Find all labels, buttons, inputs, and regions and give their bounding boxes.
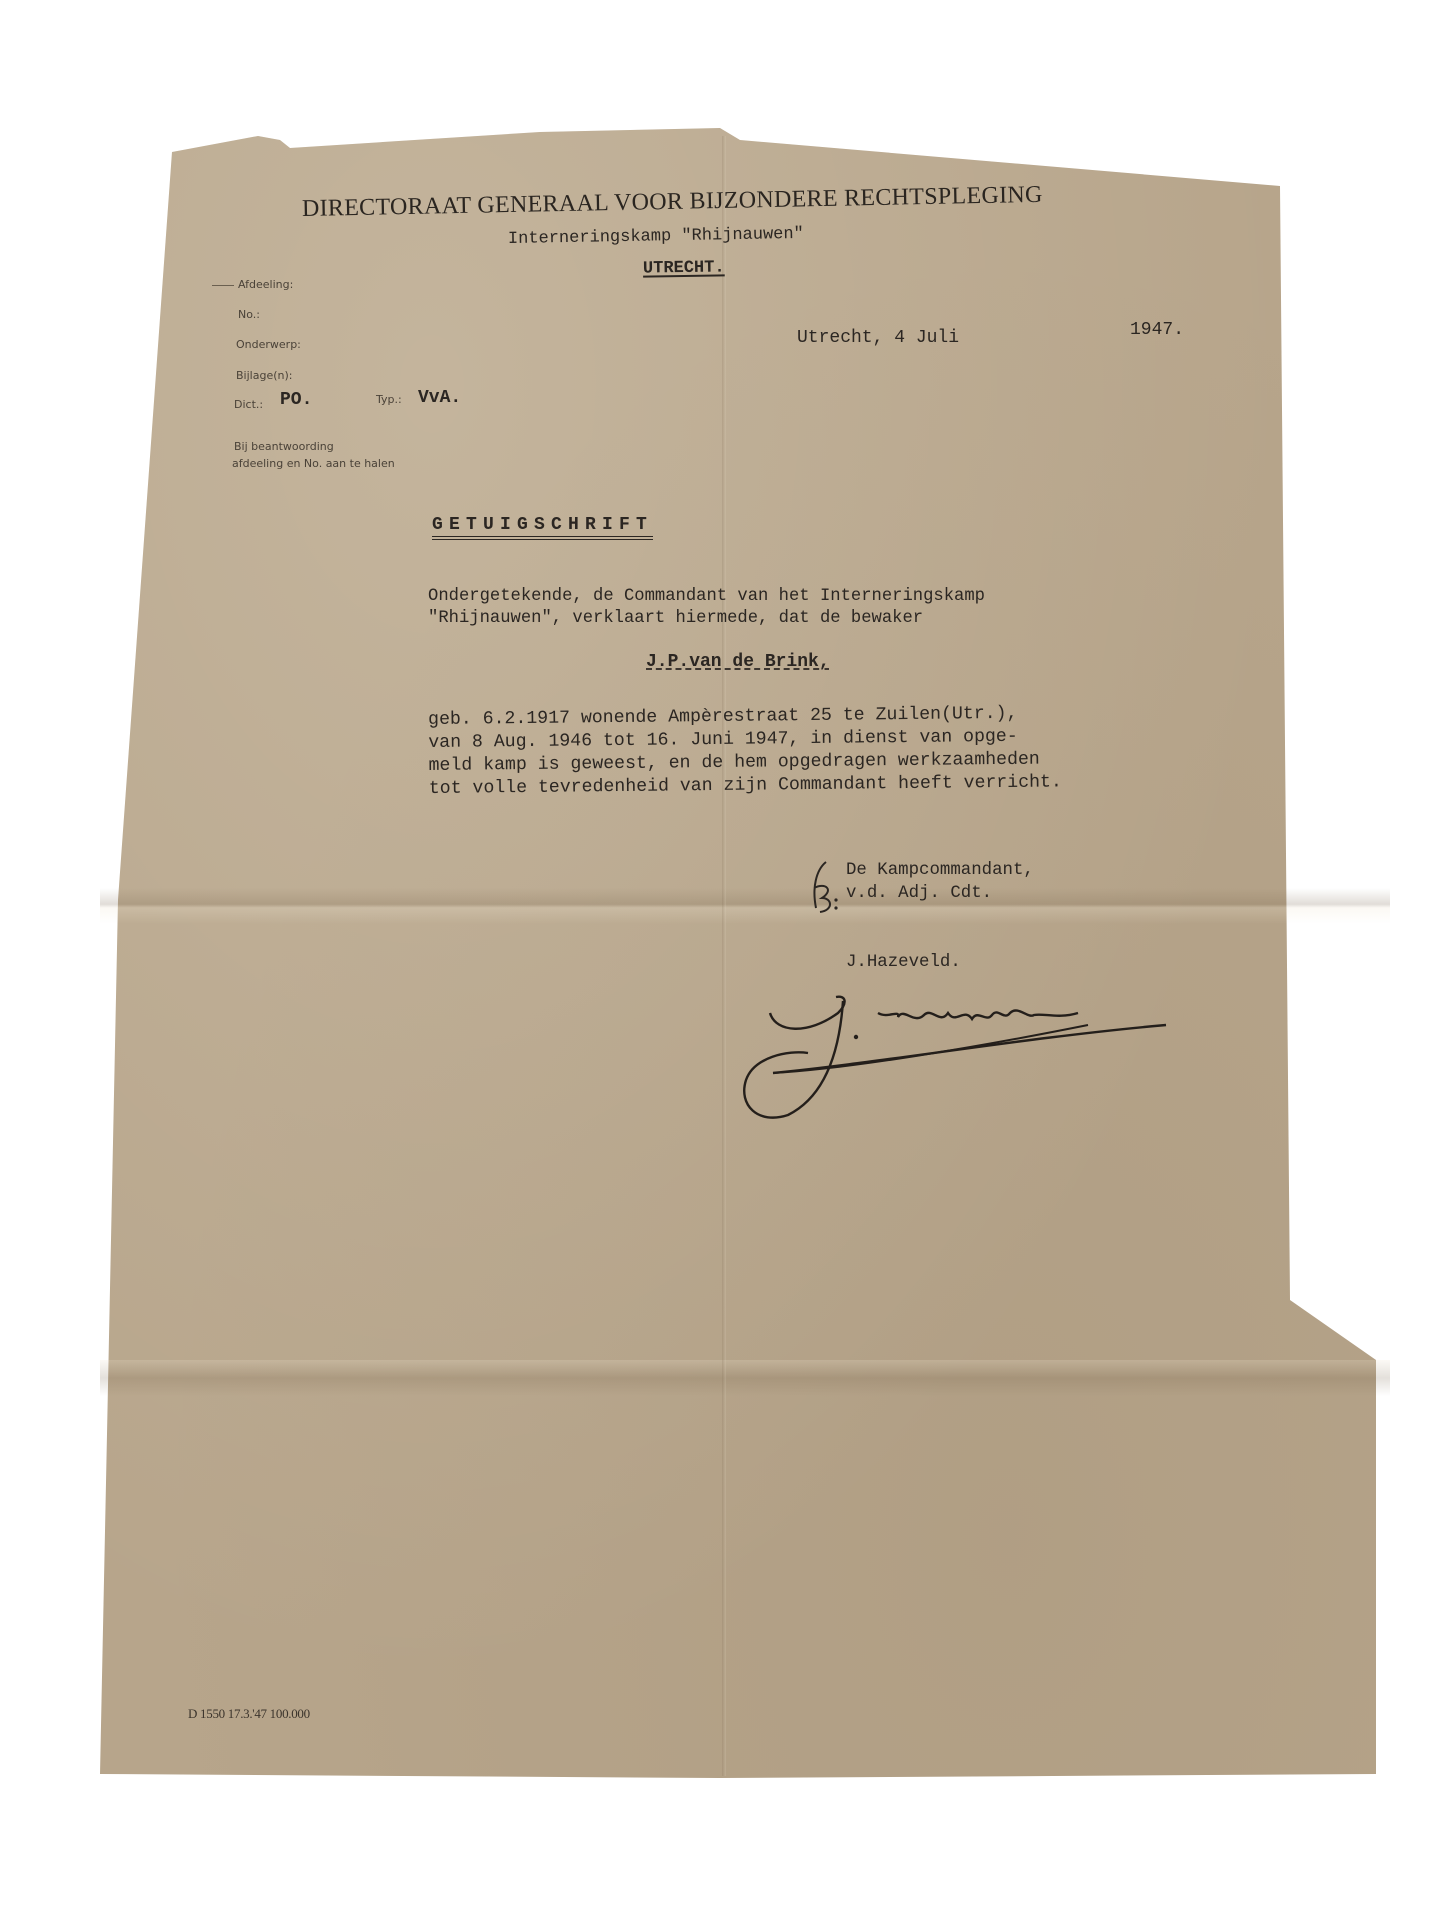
document-paper <box>0 0 1440 1920</box>
fold-line-upper <box>100 888 1390 924</box>
body-intro: Ondergetekende, de Commandant van het In… <box>428 586 985 630</box>
dict-value: PO. <box>280 390 312 410</box>
afdeeling-dash <box>212 285 234 286</box>
afdeeling-label: Afdeeling: <box>238 278 293 291</box>
signatory-name: J.Hazeveld. <box>846 953 961 972</box>
dict-label: Dict.: <box>234 398 263 411</box>
fold-line-lower <box>100 1360 1390 1396</box>
subject-name: J.P.van de Brink, <box>646 652 830 672</box>
signature-role: De Kampcommandant, v.d. Adj. Cdt. <box>846 859 1034 905</box>
bijlagen-label: Bijlage(n): <box>236 369 292 382</box>
onderwerp-label: Onderwerp: <box>236 338 301 351</box>
subject-name-text: J.P.van de Brink, <box>646 652 830 672</box>
fold-line-vertical <box>722 136 726 1776</box>
body-details: geb. 6.2.1917 wonende Ampèrestraat 25 te… <box>428 702 1062 801</box>
reply-note-line1: Bij beantwoording <box>234 440 334 453</box>
reply-note-line2: afdeeling en No. aan te halen <box>232 457 395 470</box>
letterhead-city: UTRECHT. <box>643 258 725 278</box>
handwritten-signature-icon <box>728 985 1188 1140</box>
body-intro-line2: "Rhijnauwen", verklaart hiermede, dat de… <box>428 608 985 630</box>
handwritten-initial-icon <box>804 858 844 923</box>
date-year: 1947. <box>1130 320 1184 340</box>
body-intro-line1: Ondergetekende, de Commandant van het In… <box>428 586 985 608</box>
no-label: No.: <box>238 308 260 321</box>
date-place: Utrecht, 4 Juli <box>797 328 959 348</box>
typ-value: VvA. <box>418 388 461 408</box>
typ-label: Typ.: <box>376 393 402 406</box>
document-title: GETUIGSCHRIFT <box>432 515 653 540</box>
signature-role-line1: De Kampcommandant, <box>846 859 1034 882</box>
signature-role-line2: v.d. Adj. Cdt. <box>846 882 1034 905</box>
print-code: D 1550 17.3.'47 100.000 <box>188 1706 310 1722</box>
